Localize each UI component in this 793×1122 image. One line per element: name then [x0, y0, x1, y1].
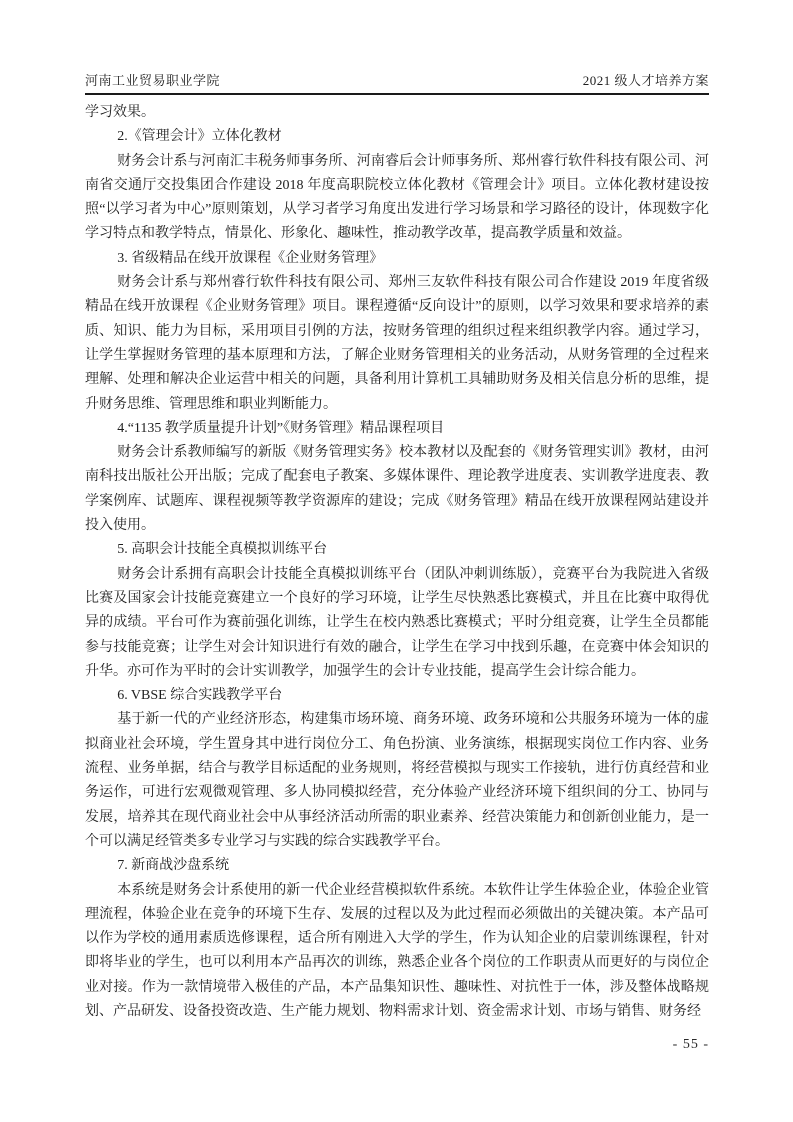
- section-heading-4: 4.“1135 教学质量提升计划”《财务管理》精品课程项目: [85, 417, 709, 441]
- section-heading-7: 7. 新商战沙盘系统: [85, 854, 709, 878]
- section-heading-2: 2.《管理会计》立体化教材: [85, 125, 709, 149]
- section-heading-6: 6. VBSE 综合实践教学平台: [85, 684, 709, 708]
- section-paragraph-5: 财务会计系拥有高职会计技能全真模拟训练平台（团队冲刺训练版），竞赛平台为我院进入…: [85, 563, 709, 684]
- section-paragraph-2: 财务会计系与河南汇丰税务师事务所、河南睿后会计师事务所、郑州睿行软件科技有限公司…: [85, 150, 709, 247]
- header-doc-title: 2021 级人才培养方案: [583, 72, 709, 89]
- section-paragraph-6: 基于新一代的产业经济形态，构建集市场环境、商务环境、政务环境和公共服务环境为一体…: [85, 708, 709, 854]
- continuation-paragraph: 学习效果。: [85, 101, 709, 125]
- document-page: 河南工业贸易职业学院 2021 级人才培养方案 学习效果。 2.《管理会计》立体…: [0, 0, 793, 1122]
- page-number: - 55 -: [673, 1036, 709, 1054]
- section-paragraph-3: 财务会计系与郑州睿行软件科技有限公司、郑州三友软件科技有限公司合作建设 2019…: [85, 271, 709, 417]
- section-heading-5: 5. 高职会计技能全真模拟训练平台: [85, 538, 709, 562]
- section-paragraph-7: 本系统是财务会计系使用的新一代企业经营模拟软件系统。本软件让学生体验企业，体验企…: [85, 879, 709, 1025]
- header-school-name: 河南工业贸易职业学院: [85, 72, 220, 89]
- section-paragraph-4: 财务会计系教师编写的新版《财务管理实务》校本教材以及配套的《财务管理实训》教材，…: [85, 441, 709, 538]
- section-heading-3: 3. 省级精品在线开放课程《企业财务管理》: [85, 247, 709, 271]
- page-header: 河南工业贸易职业学院 2021 级人才培养方案: [85, 72, 709, 95]
- document-body: 学习效果。 2.《管理会计》立体化教材 财务会计系与河南汇丰税务师事务所、河南睿…: [85, 101, 709, 1024]
